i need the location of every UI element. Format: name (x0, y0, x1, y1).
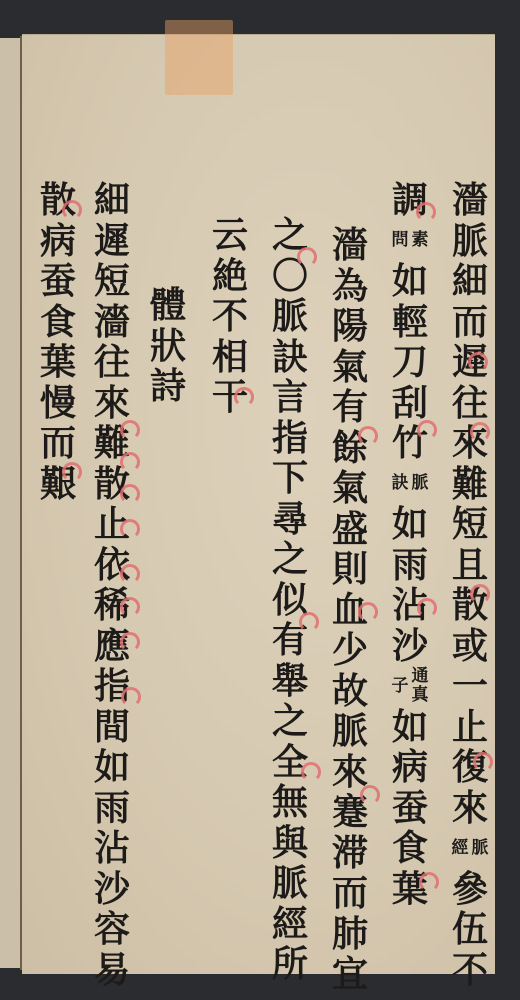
note-character: 脈 (472, 839, 489, 858)
character: 來 (90, 383, 134, 424)
note-line: 脈 (410, 474, 430, 493)
red-punctuation-circle-icon (470, 422, 490, 442)
red-punctuation-circle-icon (62, 462, 82, 482)
red-punctuation-circle-icon (297, 247, 317, 267)
character: 滞 (328, 833, 372, 874)
character: 遲 (90, 221, 134, 262)
red-punctuation-circle-icon (120, 519, 140, 539)
note-line: 訣 (390, 474, 410, 493)
character: 下 (268, 458, 312, 499)
character: 如 (90, 747, 134, 788)
character: 詩 (146, 366, 190, 407)
character: 濇 (90, 302, 134, 343)
character: 止 (448, 707, 492, 748)
character: 與 (268, 823, 312, 864)
character: 沙 (90, 869, 134, 910)
red-punctuation-circle-icon (120, 597, 140, 617)
character: 不 (448, 950, 492, 991)
red-punctuation-circle-icon (121, 687, 141, 707)
note-line: 脈 (470, 839, 490, 858)
character: 參 (448, 869, 492, 910)
character: 難 (448, 464, 492, 505)
note-character: 脈 (412, 474, 429, 493)
red-punctuation-circle-icon (470, 584, 490, 604)
note-line: 問 (390, 231, 410, 250)
character: 蚕 (36, 261, 80, 302)
note-character: 訣 (392, 474, 409, 493)
interlinear-source-note: 通真子 (390, 666, 430, 707)
character: 容 (90, 909, 134, 950)
red-punctuation-circle-icon (120, 484, 140, 504)
red-punctuation-circle-icon (358, 426, 378, 446)
character: 葉 (36, 342, 80, 383)
character: 易 (90, 950, 134, 991)
faded-seal-stamp (165, 20, 233, 95)
character: 往 (90, 342, 134, 383)
character: 尋 (268, 499, 312, 540)
character: 指 (268, 418, 312, 459)
red-punctuation-circle-icon (360, 785, 380, 805)
character: 狀 (146, 326, 190, 367)
character: 且 (448, 545, 492, 586)
character: 絶 (208, 256, 252, 297)
red-punctuation-circle-icon (358, 602, 378, 622)
interlinear-source-note: 脈經 (450, 828, 490, 869)
character: 病 (388, 747, 432, 788)
character: 雨 (90, 788, 134, 829)
red-punctuation-circle-icon (299, 612, 319, 632)
character: 雨 (388, 545, 432, 586)
character: 為 (328, 266, 372, 307)
red-punctuation-circle-icon (62, 200, 82, 220)
red-punctuation-circle-icon (120, 632, 140, 652)
text-column: 散病蚕食葉慢而艱 (32, 180, 84, 504)
character: 少 (328, 630, 372, 671)
character: 則 (328, 549, 372, 590)
character: 經 (268, 904, 312, 945)
character: 盛 (328, 509, 372, 550)
character: 氣 (328, 347, 372, 388)
character: 刀 (388, 342, 432, 383)
red-punctuation-circle-icon (301, 762, 321, 782)
character: 陽 (328, 306, 372, 347)
red-punctuation-circle-icon (419, 872, 439, 892)
text-column: 細遲短濇往來難散止依稀應指間如雨沾沙容易 (86, 180, 138, 990)
character: 體 (146, 285, 190, 326)
note-line: 素 (410, 231, 430, 250)
character: 言 (268, 377, 312, 418)
character: 而 (36, 423, 80, 464)
character: 病 (36, 221, 80, 262)
character: 故 (328, 671, 372, 712)
character: 短 (90, 261, 134, 302)
character: 不 (208, 296, 252, 337)
character: 濇 (448, 180, 492, 221)
character: 往 (448, 383, 492, 424)
red-punctuation-circle-icon (234, 387, 254, 407)
character: 肺 (328, 914, 372, 955)
character: 間 (90, 707, 134, 748)
red-punctuation-circle-icon (120, 564, 140, 584)
character: 脈 (268, 296, 312, 337)
character: 脈 (448, 221, 492, 262)
character: 沾 (90, 828, 134, 869)
red-punctuation-circle-icon (416, 202, 436, 222)
character: 之 (268, 701, 312, 742)
character: 輕 (388, 302, 432, 343)
character: 之 (268, 539, 312, 580)
character: 無 (268, 782, 312, 823)
note-line: 經 (450, 839, 470, 858)
note-character: 通 (412, 667, 429, 686)
character: 而 (328, 873, 372, 914)
character: 伍 (448, 909, 492, 950)
character: 有 (328, 387, 372, 428)
character: 宜 (328, 954, 372, 995)
character: 一 (448, 666, 492, 707)
character: 濇 (328, 225, 372, 266)
text-column: 濇脈細而遲往來難短且散或一止復來脈經參伍不 (444, 180, 496, 990)
text-column: 之〇脈訣言指下尋之似有舉之全無與脈經所 (264, 215, 316, 985)
section-heading-column: 體狀詩 (142, 285, 194, 407)
red-punctuation-circle-icon (417, 420, 437, 440)
note-line: 通真 (410, 667, 430, 705)
character: 如 (388, 504, 432, 545)
red-punctuation-circle-icon (473, 752, 493, 772)
note-character: 真 (412, 686, 429, 705)
interlinear-source-note: 素問 (390, 221, 430, 262)
character: 云 (208, 215, 252, 256)
note-line: 子 (390, 677, 410, 696)
character: 訣 (268, 337, 312, 378)
red-punctuation-circle-icon (468, 352, 488, 372)
note-character: 問 (392, 231, 409, 250)
red-punctuation-circle-icon (120, 420, 140, 440)
character: 所 (268, 944, 312, 985)
text-column: 調素問如輕刀刮竹脈訣如雨沾沙通真子如病蚕食葉 (384, 180, 436, 909)
note-character: 素 (412, 231, 429, 250)
character: 細 (448, 261, 492, 302)
note-character: 子 (392, 677, 409, 696)
character: 相 (208, 337, 252, 378)
character: 或 (448, 626, 492, 667)
character: 蚕 (388, 788, 432, 829)
character: 來 (448, 788, 492, 829)
character: 舉 (268, 661, 312, 702)
character: 食 (388, 828, 432, 869)
previous-page-edge (0, 38, 20, 968)
red-punctuation-circle-icon (417, 598, 437, 618)
interlinear-source-note: 脈訣 (390, 464, 430, 505)
note-character: 經 (452, 839, 469, 858)
character: 短 (448, 504, 492, 545)
character: 慢 (36, 383, 80, 424)
character: 如 (388, 707, 432, 748)
character: 氣 (328, 468, 372, 509)
character: 細 (90, 180, 134, 221)
character: 沙 (388, 626, 432, 667)
character: 食 (36, 302, 80, 343)
character: 如 (388, 261, 432, 302)
character: 脈 (328, 711, 372, 752)
scan-bottom-border (0, 974, 520, 1000)
red-punctuation-circle-icon (120, 452, 140, 472)
character: 刮 (388, 383, 432, 424)
character: 脈 (268, 863, 312, 904)
character: 而 (448, 302, 492, 343)
